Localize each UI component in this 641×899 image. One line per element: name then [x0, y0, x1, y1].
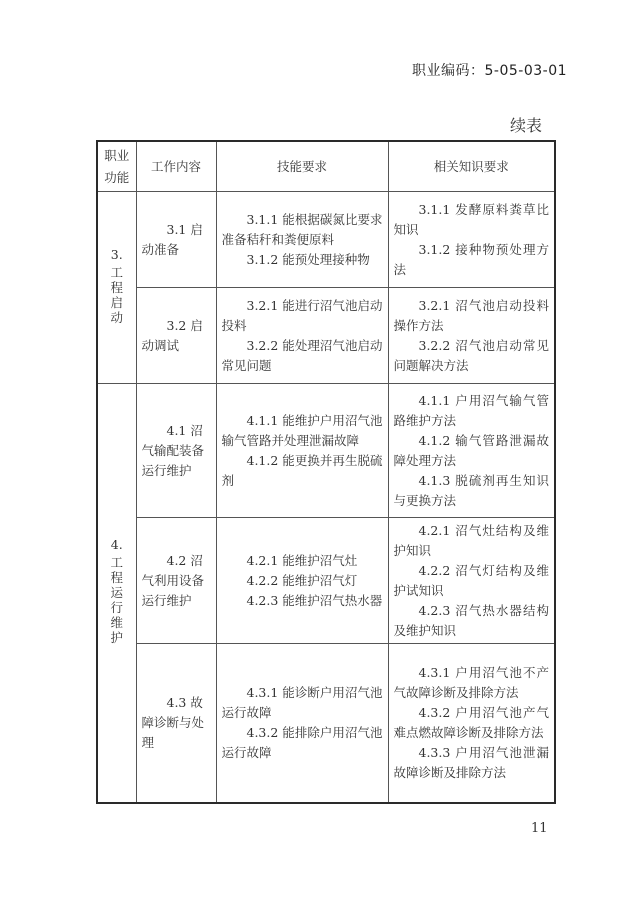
skills-cell: 4.2.1 能维护沼气灶 4.2.2 能维护沼气灯 4.2.3 能维护沼气热水器 [216, 518, 388, 644]
function-name: 工程启动 [110, 265, 123, 325]
table-row: 4. 工程运行维护 4.1 沼气输配装备运行维护 4.1.1 能维护户用沼气池输… [97, 384, 555, 518]
knowledge-cell: 3.1.1 发酵原料粪草比知识 3.1.2 接种物预处理方法 [388, 192, 555, 288]
table-header-row: 职业功能 工作内容 技能要求 相关知识要求 [97, 141, 555, 192]
knowledge-cell: 4.1.1 户用沼气输气管路维护方法 4.1.2 输气管路泄漏故障处理方法 4.… [388, 384, 555, 518]
table-row: 4.2 沼气利用设备运行维护 4.2.1 能维护沼气灶 4.2.2 能维护沼气灯… [97, 518, 555, 644]
work-content-cell: 4.2 沼气利用设备运行维护 [136, 518, 216, 644]
skills-requirements-table: 职业功能 工作内容 技能要求 相关知识要求 3. 工程启动 3.1 启动准备 3… [96, 140, 556, 804]
knowledge-cell: 3.2.1 沼气池启动投料操作方法 3.2.2 沼气池启动常见问题解决方法 [388, 288, 555, 384]
work-content-cell: 3.2 启动调试 [136, 288, 216, 384]
skills-cell: 4.3.1 能诊断户用沼气池运行故障 4.3.2 能排除户用沼气池运行故障 [216, 644, 388, 803]
function-number: 3. [110, 247, 124, 262]
column-header-knowledge-requirements: 相关知识要求 [388, 141, 555, 192]
work-content-cell: 4.1 沼气输配装备运行维护 [136, 384, 216, 518]
column-header-work-content: 工作内容 [136, 141, 216, 192]
skills-cell: 3.2.1 能进行沼气池启动投料 3.2.2 能处理沼气池启动常见问题 [216, 288, 388, 384]
function-number: 4. [110, 537, 124, 552]
page-number: 11 [531, 821, 548, 836]
table-row: 4.3 故障诊断与处理 4.3.1 能诊断户用沼气池运行故障 4.3.2 能排除… [97, 644, 555, 803]
table-row: 3. 工程启动 3.1 启动准备 3.1.1 能根据碳氮比要求准备秸秆和粪便原料… [97, 192, 555, 288]
skills-cell: 3.1.1 能根据碳氮比要求准备秸秆和粪便原料 3.1.2 能预处理接种物 [216, 192, 388, 288]
skills-cell: 4.1.1 能维护户用沼气池输气管路并处理泄漏故障 4.1.2 能更换并再生脱硫… [216, 384, 388, 518]
knowledge-cell: 4.3.1 户用沼气池不产气故障诊断及排除方法 4.3.2 户用沼气池产气难点燃… [388, 644, 555, 803]
function-cell-operation-maintenance: 4. 工程运行维护 [97, 384, 136, 803]
function-name: 工程运行维护 [110, 555, 123, 645]
column-header-skill-requirements: 技能要求 [216, 141, 388, 192]
continued-table-label: 续表 [510, 113, 542, 136]
column-header-function: 职业功能 [97, 141, 136, 192]
knowledge-cell: 4.2.1 沼气灶结构及维护知识 4.2.2 沼气灯结构及维护试知识 4.2.3… [388, 518, 555, 644]
work-content-cell: 3.1 启动准备 [136, 192, 216, 288]
work-content-cell: 4.3 故障诊断与处理 [136, 644, 216, 803]
function-cell-startup: 3. 工程启动 [97, 192, 136, 384]
table-row: 3.2 启动调试 3.2.1 能进行沼气池启动投料 3.2.2 能处理沼气池启动… [97, 288, 555, 384]
occupation-code: 职业编码：5-05-03-01 [412, 60, 567, 80]
